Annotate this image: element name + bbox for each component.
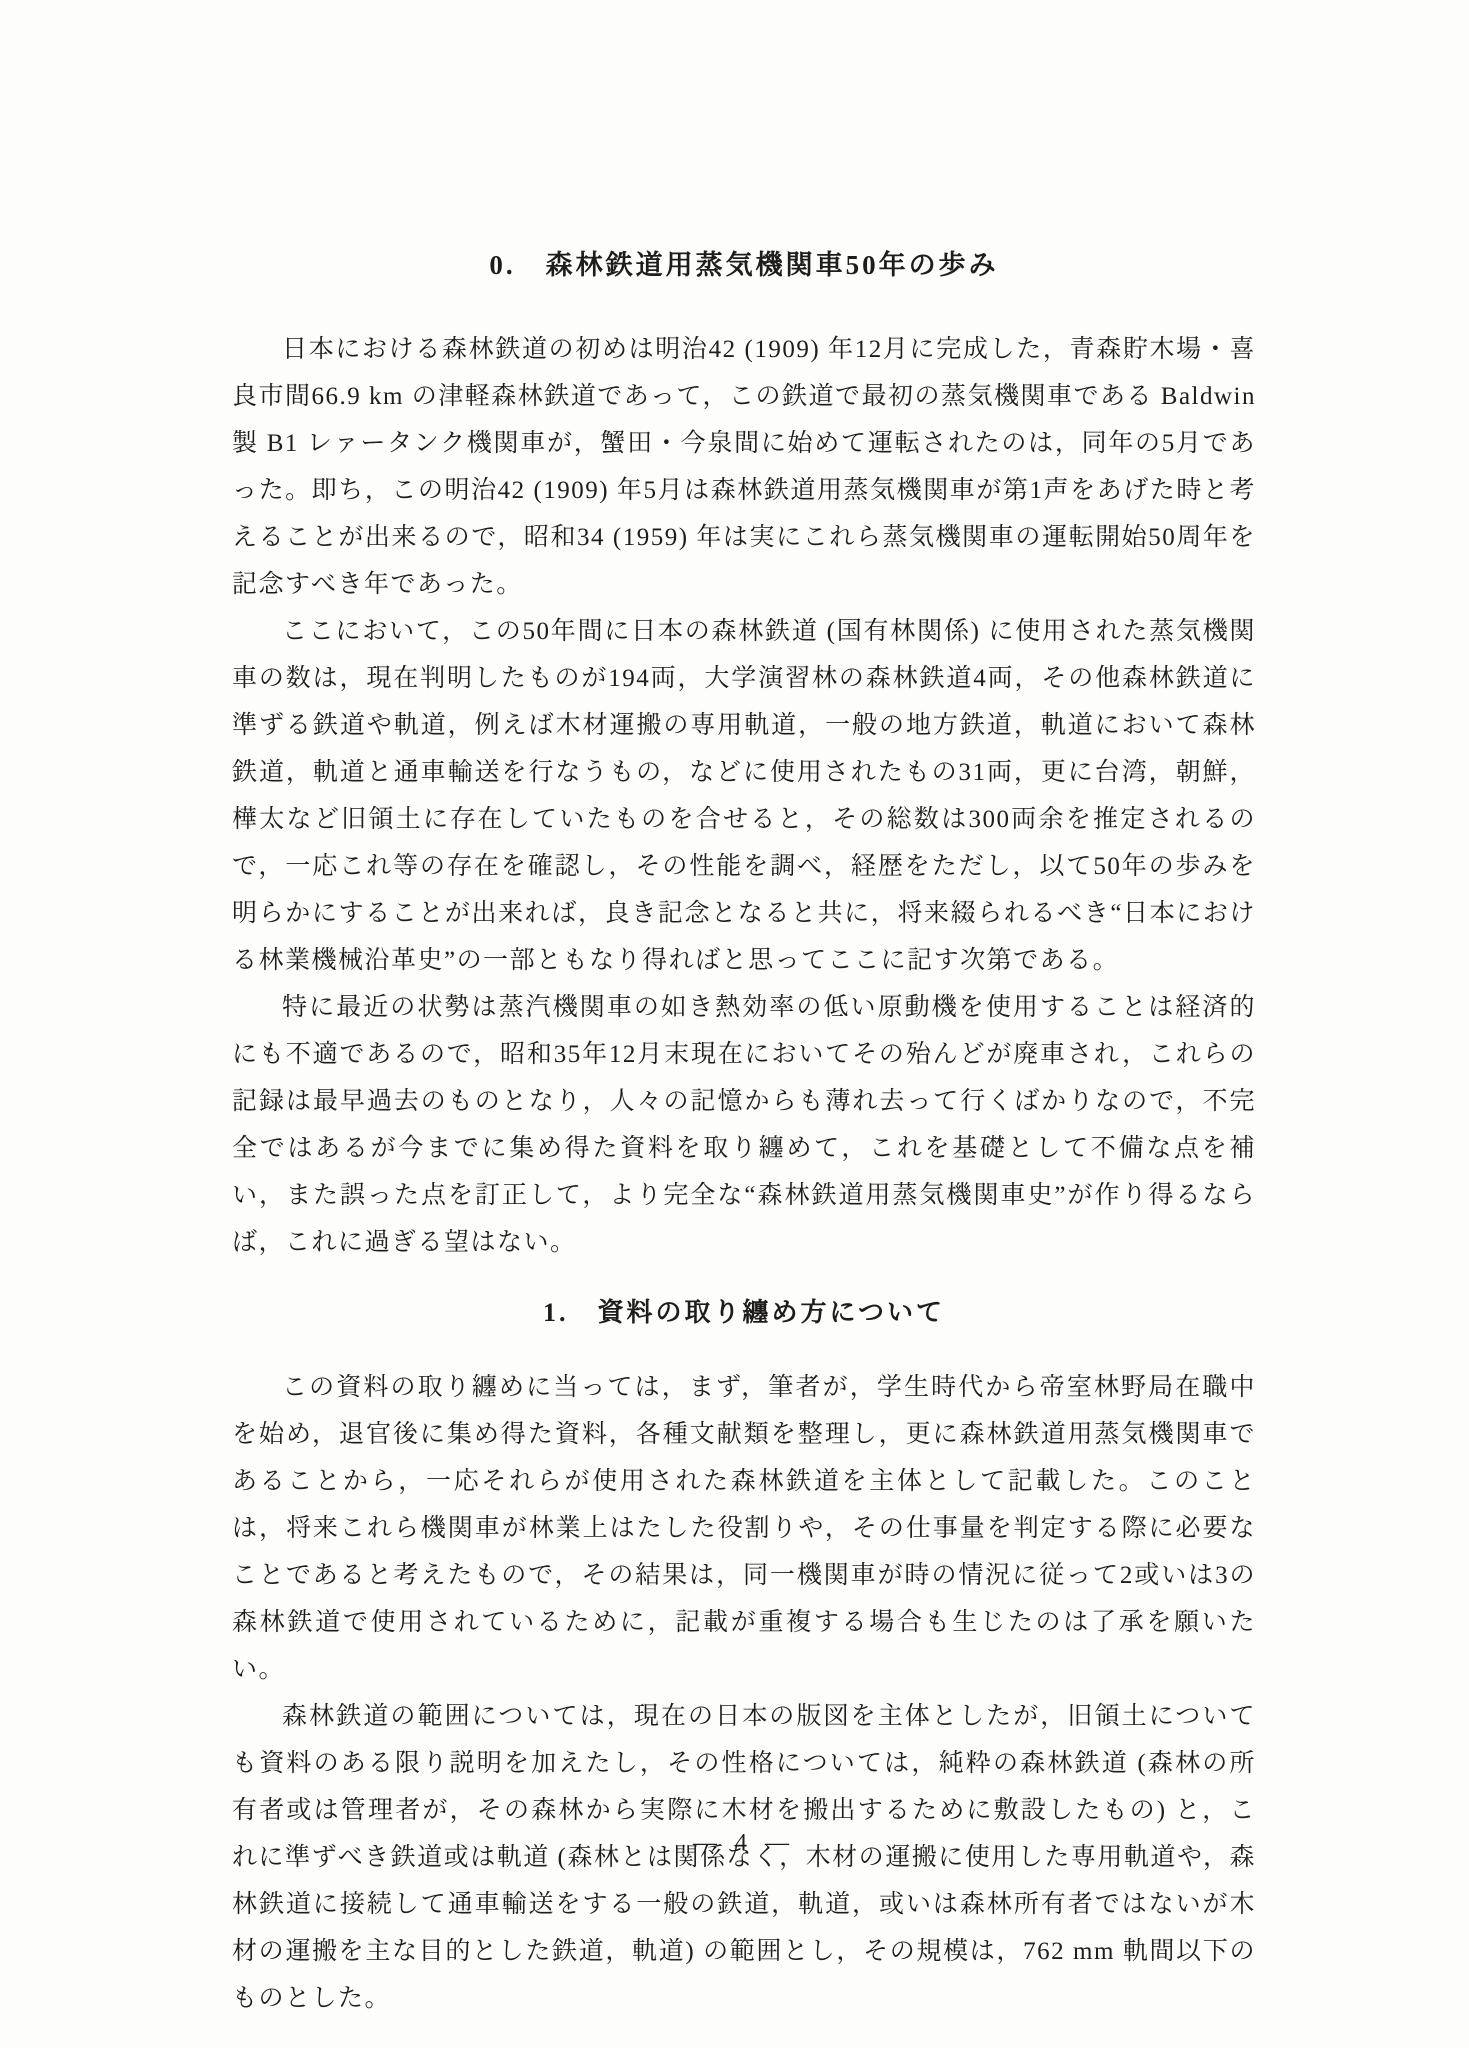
paragraph: 森林鉄道の範囲については，現在の日本の版図を主体としたが，旧領土についても資料の… bbox=[232, 1693, 1256, 2022]
page-number: — 4 — bbox=[232, 1830, 1256, 1857]
paragraph: 日本における森林鉄道の初めは明治42 (1909) 年12月に完成した，青森貯木… bbox=[232, 326, 1256, 608]
document-content: 0. 森林鉄道用蒸気機関車50年の歩み 日本における森林鉄道の初めは明治42 (… bbox=[232, 248, 1256, 2022]
section-1-heading: 1. 資料の取り纏め方について bbox=[232, 1296, 1256, 1330]
scanned-document-page: 0. 森林鉄道用蒸気機関車50年の歩み 日本における森林鉄道の初めは明治42 (… bbox=[0, 0, 1469, 2048]
paragraph: ここにおいて，この50年間に日本の森林鉄道 (国有林関係) に使用された蒸気機関… bbox=[232, 608, 1256, 984]
paragraph: この資料の取り纏めに当っては，まず，筆者が，学生時代から帝室林野局在職中を始め，… bbox=[232, 1364, 1256, 1693]
paragraph: 特に最近の状勢は蒸汽機関車の如き熱効率の低い原動機を使用することは経済的にも不適… bbox=[232, 984, 1256, 1266]
chapter-0-title: 0. 森林鉄道用蒸気機関車50年の歩み bbox=[232, 248, 1256, 282]
